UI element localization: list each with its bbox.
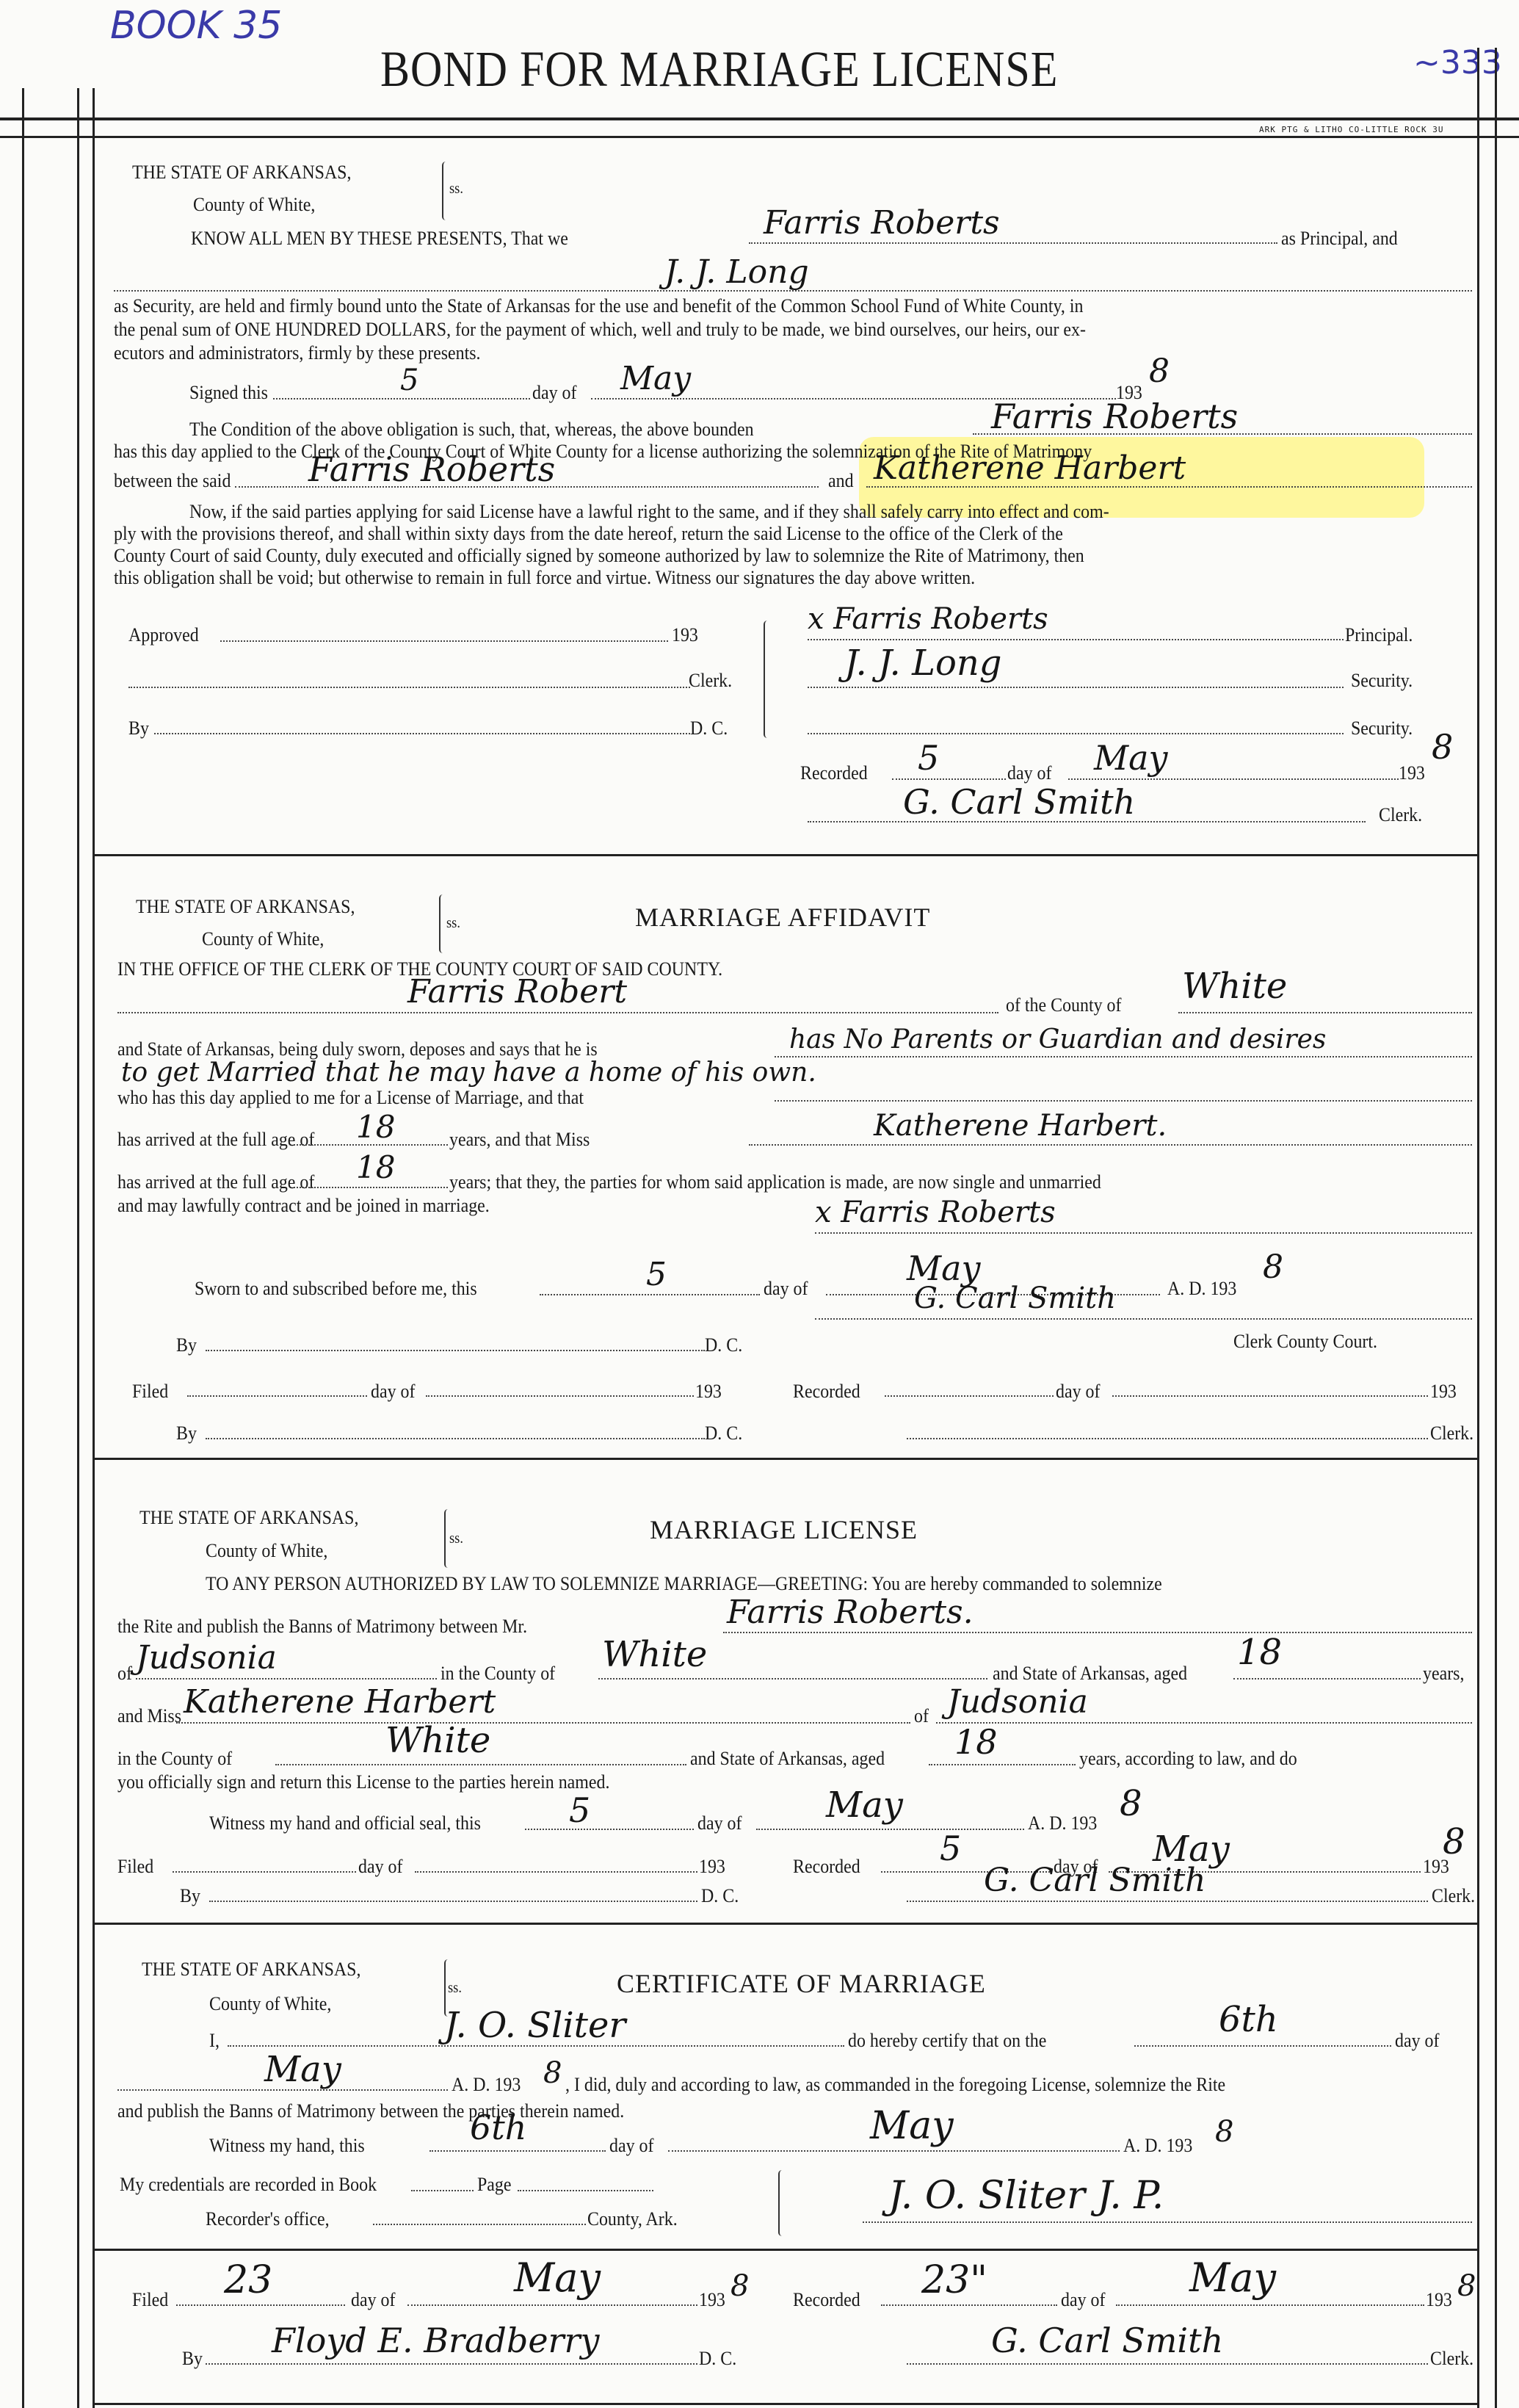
age-text-2: has arrived at the full age of	[117, 1170, 314, 1195]
printer-mark: ARK PTG & LITHO CO-LITTLE ROCK 3U	[1259, 125, 1444, 134]
know-all-text: KNOW ALL MEN BY THESE PRESENTS, That we	[191, 226, 568, 251]
banns-text: the Rite and publish the Banns of Matrim…	[117, 1614, 527, 1639]
sworn-before-text: Sworn to and subscribed before me, this	[195, 1276, 477, 1301]
witness-year-digit[interactable]: 8	[1215, 2115, 1233, 2149]
section-title: MARRIAGE AFFIDAVIT	[635, 902, 930, 933]
by-label: By	[182, 2346, 203, 2371]
security-sig-line	[808, 687, 1344, 688]
recorded-day-of: day of	[1061, 2288, 1105, 2313]
age-text-1: has arrived at the full age of	[117, 1127, 314, 1152]
groom-name[interactable]: Farris Roberts	[308, 449, 555, 489]
filed-year-prefix: 193	[699, 2288, 725, 2313]
bride-age[interactable]: 18	[954, 1722, 998, 1762]
recorded-month[interactable]: May	[1189, 2255, 1276, 2301]
page-label: Page	[477, 2172, 512, 2197]
right-border-outer	[1495, 48, 1497, 2408]
approved-line	[220, 640, 668, 642]
certify-text: do hereby certify that on the	[848, 2028, 1046, 2053]
page-line	[518, 2190, 653, 2191]
in-county-of: in the County of	[441, 1661, 555, 1686]
security2-sig-line	[808, 733, 1344, 734]
section-title: MARRIAGE LICENSE	[650, 1514, 918, 1545]
by-label-2: By	[176, 1421, 197, 1446]
state-aged-2: and State of Arkansas, aged	[690, 1746, 885, 1771]
sworn-day-line	[540, 1294, 760, 1295]
affiant-line	[117, 1012, 998, 1013]
right-border	[1477, 48, 1479, 2408]
in-county-of-2: in the County of	[117, 1746, 232, 1771]
recorded-day[interactable]: 23"	[921, 2258, 987, 2302]
recorded-day[interactable]: 5	[918, 738, 939, 778]
filed-day-of: day of	[351, 2288, 395, 2313]
day-line	[1134, 2045, 1391, 2047]
signed-day[interactable]: 5	[400, 364, 418, 397]
state-heading: THE STATE OF ARKANSAS,	[136, 894, 355, 919]
recorded-year-prefix: 193	[1426, 2288, 1452, 2313]
recorded-month[interactable]: May	[1094, 738, 1168, 778]
of-label-2: of	[914, 1704, 929, 1729]
signed-month[interactable]: May	[620, 360, 691, 397]
of-county-label: of the County of	[1006, 993, 1121, 1018]
day-of-label: day of	[1395, 2028, 1439, 2053]
clerk-signature[interactable]: G. Carl Smith	[984, 1862, 1206, 1899]
witness-text: Witness my hand, this	[209, 2133, 365, 2158]
witness-ad-year: A. D. 193	[1123, 2133, 1192, 2158]
security-signature[interactable]: J. J. Long	[844, 643, 1001, 684]
deputy-signature[interactable]: Floyd E. Bradberry	[272, 2321, 600, 2360]
clerk-signature[interactable]: G. Carl Smith	[991, 2321, 1223, 2360]
clerk-line	[128, 687, 690, 688]
affiant-name[interactable]: Farris Robert	[407, 973, 627, 1010]
recorded-day[interactable]: 5	[940, 1829, 961, 1868]
signed-day-line	[273, 398, 530, 399]
filed-month[interactable]: May	[514, 2255, 601, 2301]
bond-para2-4: this obligation shall be void; but other…	[114, 565, 975, 590]
dc-label: D. C.	[690, 716, 728, 741]
clerk-sig-line	[815, 1318, 1472, 1320]
officiant-sig-line	[863, 2221, 1472, 2223]
recorded-day-of: day of	[1056, 1379, 1100, 1404]
groom-age[interactable]: 18	[1237, 1632, 1282, 1673]
recorders-line	[373, 2224, 586, 2225]
according-text: years, according to law, and do	[1079, 1746, 1297, 1771]
recorded-label: Recorded	[800, 761, 868, 786]
clerk-signature[interactable]: G. Carl Smith	[914, 1281, 1116, 1315]
by-label: By	[128, 716, 149, 741]
bond-para2-2: ply with the provisions thereof, and sha…	[114, 521, 1063, 546]
clerk-sig-line	[907, 1901, 1428, 1902]
recorded-year: 193	[1430, 1379, 1457, 1404]
filed-day[interactable]: 23	[224, 2258, 272, 2302]
witness-month-line	[668, 2150, 1120, 2152]
by-line	[154, 733, 690, 734]
filed-year: 193	[695, 1379, 722, 1404]
filed-label: Filed	[117, 1854, 153, 1879]
as-principal-label: as Principal, and	[1281, 226, 1398, 251]
applied-text: who has this day applied to me for a Lic…	[117, 1085, 584, 1110]
recorded-year-digit[interactable]: 8	[1432, 727, 1453, 767]
witness-day-line	[429, 2150, 606, 2152]
brace	[442, 162, 449, 220]
filed-label: Filed	[132, 1379, 168, 1404]
filed-month-line	[407, 2304, 697, 2306]
bride-age-line	[929, 1764, 1076, 1765]
book-number-note: BOOK 35	[110, 4, 282, 48]
filed-month-line	[415, 1871, 697, 1873]
county-line	[1178, 1012, 1472, 1013]
left-border-inner	[93, 88, 95, 2408]
filed-year: 193	[699, 1854, 725, 1879]
security2-label: Security.	[1351, 716, 1413, 741]
bride-age[interactable]: 18	[356, 1149, 395, 1185]
did-text: , I did, duly and according to law, as c…	[565, 2072, 1225, 2097]
filed-label: Filed	[132, 2288, 168, 2313]
of-label: of	[117, 1661, 132, 1686]
by-label: By	[176, 1333, 197, 1358]
recorders-office-text: Recorder's office,	[206, 2207, 330, 2232]
witness-month[interactable]: May	[826, 1785, 903, 1826]
recorded-month-line	[1112, 1395, 1428, 1397]
and-miss-label: and Miss	[117, 1704, 181, 1729]
by-label: By	[180, 1884, 200, 1909]
publish-text: and publish the Banns of Matrimony betwe…	[117, 2099, 624, 2124]
filed-day-line	[187, 1395, 367, 1397]
clerk-label: Clerk.	[1430, 2346, 1473, 2371]
recorded-label: Recorded	[793, 2288, 860, 2313]
condition-text: The Condition of the above obligation is…	[189, 417, 754, 442]
signed-year-digit[interactable]: 8	[1149, 352, 1170, 390]
groom-county-line	[598, 1678, 987, 1680]
sworn-day-of: day of	[764, 1276, 808, 1301]
bride-town[interactable]: Judsonia	[947, 1683, 1088, 1721]
principal-line	[749, 242, 1277, 244]
brace	[439, 894, 446, 953]
witness-day[interactable]: 6th	[470, 2108, 526, 2147]
section-title: CERTIFICATE OF MARRIAGE	[617, 1968, 986, 1999]
bride-name[interactable]: Katherene Harbert	[184, 1683, 496, 1721]
recorded-day-line	[881, 2304, 1057, 2306]
bond-para2-1: Now, if the said parties applying for sa…	[189, 499, 1109, 524]
bride-name[interactable]: Katherene Harbert.	[874, 1109, 1167, 1143]
ss-label: ss.	[449, 1526, 463, 1551]
witness-day-of: day of	[609, 2133, 653, 2158]
principal-label: Principal.	[1345, 623, 1413, 648]
dc-label: D. C.	[699, 2346, 736, 2371]
page-title: BOND FOR MARRIAGE LICENSE	[380, 40, 1058, 98]
section-divider	[93, 1458, 1479, 1460]
section-divider	[93, 854, 1479, 856]
witness-month[interactable]: May	[870, 2104, 954, 2148]
witness-month-line	[756, 1829, 1024, 1830]
groom-name[interactable]: Farris Roberts.	[727, 1594, 974, 1631]
greeting-text: TO ANY PERSON AUTHORIZED BY LAW TO SOLEM…	[206, 1572, 1162, 1597]
ss-label: ss.	[449, 176, 463, 201]
bottom-border	[93, 2403, 1479, 2405]
left-margin-line	[22, 88, 24, 2408]
county-heading: County of White,	[193, 192, 315, 217]
bride-name[interactable]: Katherene Harbert	[874, 449, 1186, 487]
state-heading: THE STATE OF ARKANSAS,	[142, 1957, 360, 1982]
bride-county[interactable]: White	[385, 1720, 490, 1761]
marriage-month[interactable]: May	[264, 2049, 341, 2090]
i-label: I,	[209, 2028, 220, 2053]
recorded-day-line	[892, 778, 1006, 780]
officiant-name[interactable]: J. O. Sliter	[444, 2005, 626, 2046]
state-aged: and State of Arkansas, aged	[993, 1661, 1187, 1686]
bride-line	[749, 1144, 1472, 1146]
recorded-day-line	[885, 1395, 1054, 1397]
clerk-signature[interactable]: G. Carl Smith	[903, 782, 1135, 822]
filed-day-line	[173, 1871, 356, 1873]
recorded-year-prefix: 193	[1399, 761, 1425, 786]
bond-para-1: as Security, are held and firmly bound u…	[114, 294, 1083, 319]
between-said-label: between the said	[114, 469, 231, 493]
by-line	[209, 1901, 697, 1902]
clerk-county-court-label: Clerk County Court.	[1233, 1329, 1377, 1354]
day-of-label: day of	[532, 380, 576, 405]
groom-age[interactable]: 18	[356, 1109, 395, 1145]
brace	[778, 2170, 786, 2236]
principal-name[interactable]: Farris Roberts	[764, 204, 1000, 242]
filed-day-of: day of	[358, 1854, 402, 1879]
filed-day-of: day of	[371, 1379, 415, 1404]
approved-label: Approved	[128, 623, 199, 648]
ss-label: ss.	[448, 1975, 462, 2000]
affiant-signature[interactable]: x Farris Roberts	[815, 1196, 1056, 1229]
affiant-sig-line	[815, 1232, 1472, 1234]
security-label: Security.	[1351, 668, 1413, 693]
recorded-year-digit[interactable]: 8	[1443, 1821, 1465, 1862]
brace-signatures	[764, 621, 771, 738]
return-text: you officially sign and return this Lice…	[117, 1770, 609, 1795]
bond-clerk-label: Clerk.	[1379, 803, 1422, 828]
statement-line-2	[775, 1100, 1472, 1102]
county-heading: County of White,	[202, 927, 324, 952]
sworn-day[interactable]: 5	[646, 1256, 667, 1293]
recorded-year-digit[interactable]: 8	[1457, 2269, 1476, 2303]
section-divider	[93, 1923, 1479, 1925]
ss-label: ss.	[446, 911, 460, 936]
bond-para-3: ecutors and administrators, firmly by th…	[114, 341, 481, 366]
bride-line	[176, 1722, 910, 1724]
recorded-label: Recorded	[793, 1379, 860, 1404]
signed-this-label: Signed this	[189, 380, 268, 405]
dc-label: D. C.	[705, 1333, 742, 1358]
sworn-ad-year: A. D. 193	[1167, 1276, 1236, 1301]
by-line-2	[206, 1438, 705, 1439]
bride-county-line	[275, 1764, 686, 1765]
top-border-inner	[0, 136, 1519, 138]
witness-year-digit[interactable]: 8	[1120, 1783, 1142, 1824]
bounden-name[interactable]: Farris Roberts	[991, 397, 1238, 436]
age2-line	[294, 1187, 448, 1188]
statement-line-1-text[interactable]: has No Parents or Guardian and desires	[789, 1024, 1326, 1055]
marriage-day[interactable]: 6th	[1219, 1999, 1278, 2040]
officiant-signature[interactable]: J. O. Sliter J. P.	[888, 2174, 1164, 2218]
statement-line-2-text[interactable]: to get Married that he may have a home o…	[121, 1057, 816, 1088]
years-and-that: years, and that Miss	[449, 1127, 590, 1152]
book-line	[411, 2190, 474, 2191]
filed-month-line	[426, 1395, 694, 1397]
recorded-month-line	[1116, 2304, 1424, 2306]
witness-day-line	[525, 1829, 694, 1830]
county-heading: County of White,	[206, 1539, 327, 1563]
years-label: years,	[1423, 1661, 1464, 1686]
witness-day[interactable]: 5	[569, 1790, 590, 1830]
approved-year: 193	[672, 623, 698, 648]
groom-county[interactable]: White	[602, 1634, 707, 1675]
groom-line	[723, 1632, 1472, 1633]
affiant-county[interactable]: White	[1182, 966, 1287, 1007]
page-number: ~333	[1413, 44, 1502, 82]
by-line	[206, 1350, 705, 1351]
recorded-label: Recorded	[793, 1854, 860, 1879]
bride-town-line	[936, 1722, 1472, 1724]
recorded-month-line	[1068, 778, 1399, 780]
clerk-label-2: Clerk.	[1430, 1421, 1473, 1446]
clerk-label: Clerk.	[689, 668, 732, 693]
security-name[interactable]: J. J. Long	[664, 253, 809, 291]
state-heading: THE STATE OF ARKANSAS,	[139, 1505, 358, 1530]
ad-text: A. D. 193	[452, 2072, 521, 2097]
principal-sig-line	[808, 639, 1344, 640]
statement-line-1	[775, 1056, 1472, 1057]
clerk-sig-line	[907, 2363, 1428, 2365]
clerk-label: Clerk.	[1432, 1884, 1475, 1909]
principal-signature[interactable]: x Farris Roberts	[808, 602, 1048, 636]
county-ark-label: County, Ark.	[587, 2207, 678, 2232]
groom-town-line	[136, 1678, 437, 1680]
groom-age-line	[1233, 1678, 1421, 1680]
witness-text: Witness my hand and official seal, this	[209, 1811, 481, 1836]
years-single-text: years; that they, the parties for whom s…	[449, 1170, 1101, 1195]
state-heading: THE STATE OF ARKANSAS,	[132, 160, 351, 185]
dc-label: D. C.	[701, 1884, 739, 1909]
credentials-text: My credentials are recorded in Book	[120, 2172, 377, 2197]
sworn-year-digit[interactable]: 8	[1263, 1248, 1283, 1286]
witness-ad-year: A. D. 193	[1028, 1811, 1097, 1836]
witness-day-of: day of	[697, 1811, 742, 1836]
county-heading: County of White,	[209, 1992, 331, 2017]
and-label: and	[828, 469, 854, 493]
marriage-year-digit[interactable]: 8	[543, 2056, 562, 2090]
left-border	[77, 88, 79, 2408]
bond-para2-3: County Court of said County, duly execut…	[114, 543, 1084, 568]
top-border	[0, 117, 1519, 120]
lawful-text: and may lawfully contract and be joined …	[117, 1193, 490, 1218]
by-line	[206, 2363, 697, 2365]
bond-para-2: the penal sum of ONE HUNDRED DOLLARS, fo…	[114, 317, 1086, 342]
dc-label-2: D. C.	[705, 1421, 742, 1446]
filed-year-digit[interactable]: 8	[731, 2269, 749, 2303]
groom-town[interactable]: Judsonia	[136, 1639, 277, 1677]
filed-day-line	[176, 2304, 345, 2306]
clerk-line-2	[907, 1438, 1428, 1439]
section-divider	[93, 2249, 1479, 2251]
